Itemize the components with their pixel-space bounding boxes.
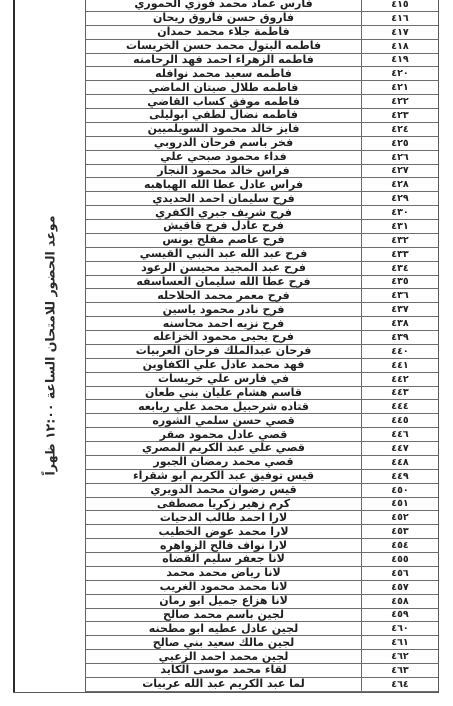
table-row: ٤٦٤ لما عبد الكريم عبد الله عربيات (86, 678, 438, 692)
candidate-name-cell: فرح شريف جبري الكفري (86, 206, 361, 219)
table-row: ٤١٦ فاروق حسن فاروق ريحان (86, 12, 438, 26)
serial-number-cell: ٤٤٢ (361, 373, 438, 386)
candidate-name-cell: فاطمة جلاء محمد حمدان (86, 26, 361, 39)
candidate-name-cell: كرم زهير زكريا مصطفى (86, 498, 361, 511)
serial-number-cell: ٤٤٦ (361, 428, 438, 441)
candidate-name-cell: فرح عطا الله سليمان العساسفه (86, 276, 361, 289)
table-row: ٤٥٠ قيس رضوان محمد الدويري (86, 484, 438, 498)
serial-number-cell: ٤٥٩ (361, 609, 438, 622)
candidate-name-cell: فرح سليمان احمد الحديدي (86, 192, 361, 205)
table-row: ٤٣٢ فرح عاصم مفلح يونس (86, 234, 438, 248)
candidate-name-cell: قصي عادل محمود صقر (86, 428, 361, 441)
table-row: ٤٦٠ لجين عادل عطيه ابو مطحنه (86, 622, 438, 636)
table-row: ٤١٨ فاطمه البتول محمد حسن الخريسات (86, 40, 438, 54)
candidate-name-cell: فراس عادل عطا الله الهباهبه (86, 178, 361, 191)
roster-rows: ٤١٥ فارس عماد محمد فوزي الحموري ٤١٦ فارو… (86, 0, 438, 692)
serial-number-cell: ٤٥١ (361, 498, 438, 511)
candidate-name-cell: فرح عبد الله عبد النبي القيسي (86, 248, 361, 261)
serial-number-cell: ٤٤٧ (361, 442, 438, 455)
candidate-name-cell: فاطمه الزهراء احمد فهد الرحامنه (86, 54, 361, 67)
table-row: ٤٣٠ فرح شريف جبري الكفري (86, 206, 438, 220)
candidate-name-cell: لقاء محمد موسى الكايد (86, 664, 361, 677)
candidate-name-cell: لارا محمد عوض الخطيب (86, 525, 361, 538)
table-row: ٤٢٠ فاطمه سعيد محمد نوافله (86, 67, 438, 81)
table-row: ٤٣٨ فرح نزيه احمد محاسنه (86, 317, 438, 331)
candidate-name-cell: فايز خالد محمود السويلميين (86, 123, 361, 136)
table-row: ٤٣٧ فرح نادر محمود ياسين (86, 303, 438, 317)
serial-number-cell: ٤٢٦ (361, 151, 438, 164)
serial-number-cell: ٤٦٤ (361, 678, 438, 691)
candidate-name-cell: لجين محمد احمد الزعبي (86, 650, 361, 663)
table-row: ٤٢٨ فراس عادل عطا الله الهباهبه (86, 178, 438, 192)
candidate-name-cell: فاطمه طلال صيتان الماضي (86, 81, 361, 94)
serial-number-cell: ٤٦١ (361, 636, 438, 649)
candidate-name-cell: لما عبد الكريم عبد الله عربيات (86, 678, 361, 691)
table-row: ٤٦٢ لجين محمد احمد الزعبي (86, 650, 438, 664)
serial-number-cell: ٤٣٧ (361, 303, 438, 316)
serial-number-cell: ٤٥٤ (361, 539, 438, 552)
roster-table: موعد الحضور للامتحان الساعة ١٢:٠٠ ظهراً … (13, 0, 439, 693)
serial-number-cell: ٤٤١ (361, 359, 438, 372)
table-row: ٤٣٦ فرح معمر محمد الحلاحله (86, 289, 438, 303)
candidate-name-cell: لانا محمد محمود الغريب (86, 581, 361, 594)
table-row: ٤٤٧ قصي علي عبد الكريم المصري (86, 442, 438, 456)
serial-number-cell: ٤١٨ (361, 40, 438, 53)
candidate-name-cell: لجين باسم محمد صالح (86, 609, 361, 622)
serial-number-cell: ٤٣١ (361, 220, 438, 233)
candidate-name-cell: فاطمه البتول محمد حسن الخريسات (86, 40, 361, 53)
candidate-name-cell: فرح نزيه احمد محاسنه (86, 317, 361, 330)
exam-time-note: موعد الحضور للامتحان الساعة ١٢:٠٠ ظهراً (42, 215, 57, 475)
candidate-name-cell: فاطمه موفق كساب القاضي (86, 95, 361, 108)
serial-number-cell: ٤٥٧ (361, 581, 438, 594)
table-row: ٤٤٨ قصي محمد رمضان الجبور (86, 456, 438, 470)
candidate-name-cell: لانا جعفر سليم القضاه (86, 553, 361, 566)
table-row: ٤٣٩ فرح يحيى محمود الخزاعله (86, 331, 438, 345)
serial-number-cell: ٤٤٨ (361, 456, 438, 469)
table-row: ٤٤٣ قاسم هشام عليان بني طعان (86, 387, 438, 401)
serial-number-cell: ٤٦٠ (361, 622, 438, 635)
table-row: ٤٥٩ لجين باسم محمد صالح (86, 609, 438, 623)
candidate-name-cell: فرح معمر محمد الحلاحله (86, 289, 361, 302)
serial-number-cell: ٤٤٥ (361, 414, 438, 427)
table-row: ٤٢٢ فاطمه موفق كساب القاضي (86, 95, 438, 109)
table-row: ٤١٩ فاطمه الزهراء احمد فهد الرحامنه (86, 54, 438, 68)
candidate-name-cell: لارا نواف فالح الزواهره (86, 539, 361, 552)
serial-number-cell: ٤٥٠ (361, 484, 438, 497)
table-row: ٤٣٣ فرح عبد الله عبد النبي القيسي (86, 248, 438, 262)
table-row: ٤٥٣ لارا محمد عوض الخطيب (86, 525, 438, 539)
serial-number-cell: ٤١٦ (361, 12, 438, 25)
serial-number-cell: ٤٦٢ (361, 650, 438, 663)
serial-number-cell: ٤١٩ (361, 54, 438, 67)
table-row: ٤٤٩ قيس توفيق عبد الكريم ابو شقراء (86, 470, 438, 484)
candidate-name-cell: قصي محمد رمضان الجبور (86, 456, 361, 469)
table-row: ٤٢٣ فاطمه نضال لطفي ابوليلى (86, 109, 438, 123)
candidate-name-cell: فداء محمود صبحي علي (86, 151, 361, 164)
candidate-name-cell: فرح نادر محمود ياسين (86, 303, 361, 316)
serial-number-cell: ٤٤٩ (361, 470, 438, 483)
table-row: ٤٢٦ فداء محمود صبحي علي (86, 151, 438, 165)
serial-number-cell: ٤٢٠ (361, 67, 438, 80)
table-row: ٤٣٥ فرح عطا الله سليمان العساسفه (86, 276, 438, 290)
candidate-name-cell: فرح عادل فرح قاقيش (86, 220, 361, 233)
table-row: ٤٥١ كرم زهير زكريا مصطفى (86, 498, 438, 512)
serial-number-cell: ٤٥٨ (361, 595, 438, 608)
candidate-name-cell: لانا رياض محمد محمد (86, 567, 361, 580)
table-row: ٤٤٢ في فارس علي خريسات (86, 373, 438, 387)
candidate-name-cell: فهد محمد عادل علي الكفاوين (86, 359, 361, 372)
table-row: ٤٢٧ فراس خالد محمود النجار (86, 165, 438, 179)
serial-number-cell: ٤٣٨ (361, 317, 438, 330)
serial-number-cell: ٤٥٥ (361, 553, 438, 566)
serial-number-cell: ٤٦٣ (361, 664, 438, 677)
table-row: ٤٢٤ فايز خالد محمود السويلميين (86, 123, 438, 137)
serial-number-cell: ٤٢٧ (361, 165, 438, 178)
candidate-name-cell: فرح عبد المجيد محيسن الرعود (86, 262, 361, 275)
serial-number-cell: ٤٥٦ (361, 567, 438, 580)
candidate-name-cell: فارس عماد محمد فوزي الحموري (86, 0, 361, 11)
candidate-name-cell: فاروق حسن فاروق ريحان (86, 12, 361, 25)
candidate-name-cell: لانا هزاع جميل ابو رمان (86, 595, 361, 608)
candidate-name-cell: فرح عاصم مفلح يونس (86, 234, 361, 247)
candidate-name-cell: لجين مالك سعيد بني صالح (86, 636, 361, 649)
serial-number-cell: ٤٢٤ (361, 123, 438, 136)
candidate-name-cell: فرحان عبدالملك فرحان العربيات (86, 345, 361, 358)
candidate-name-cell: في فارس علي خريسات (86, 373, 361, 386)
table-row: ٤١٥ فارس عماد محمد فوزي الحموري (86, 0, 438, 12)
serial-number-cell: ٤٢٢ (361, 95, 438, 108)
serial-number-cell: ٤٤٠ (361, 345, 438, 358)
candidate-name-cell: لارا احمد طالب الدحيات (86, 511, 361, 524)
candidate-name-cell: قصي حسن سلمي الشوره (86, 414, 361, 427)
exam-time-note-cell: موعد الحضور للامتحان الساعة ١٢:٠٠ ظهراً (13, 0, 86, 692)
serial-number-cell: ٤٢١ (361, 81, 438, 94)
table-row: ٤٢١ فاطمه طلال صيتان الماضي (86, 81, 438, 95)
candidate-name-cell: لجين عادل عطيه ابو مطحنه (86, 622, 361, 635)
serial-number-cell: ٤٢٩ (361, 192, 438, 205)
serial-number-cell: ٤٢٥ (361, 137, 438, 150)
candidate-name-cell: قيس توفيق عبد الكريم ابو شقراء (86, 470, 361, 483)
serial-number-cell: ٤٣٣ (361, 248, 438, 261)
table-row: ٤٢٥ فخر باسم فرحان الدروبي (86, 137, 438, 151)
table-row: ٤٤٤ قتاده شرحبيل محمد علي ربابعه (86, 400, 438, 414)
table-row: ٤٤٥ قصي حسن سلمي الشوره (86, 414, 438, 428)
serial-number-cell: ٤٤٤ (361, 400, 438, 413)
serial-number-cell: ٤٣٢ (361, 234, 438, 247)
candidate-name-cell: قتاده شرحبيل محمد علي ربابعه (86, 400, 361, 413)
serial-number-cell: ٤٥٣ (361, 525, 438, 538)
candidate-name-cell: فرح يحيى محمود الخزاعله (86, 331, 361, 344)
serial-number-cell: ٤٤٣ (361, 387, 438, 400)
table-row: ٤٦٣ لقاء محمد موسى الكايد (86, 664, 438, 678)
table-row: ٤٥٥ لانا جعفر سليم القضاه (86, 553, 438, 567)
candidate-name-cell: قيس رضوان محمد الدويري (86, 484, 361, 497)
table-row: ٤٣١ فرح عادل فرح قاقيش (86, 220, 438, 234)
table-row: ٤٤٦ قصي عادل محمود صقر (86, 428, 438, 442)
serial-number-cell: ٤٣٩ (361, 331, 438, 344)
serial-number-cell: ٤١٥ (361, 0, 438, 11)
table-row: ٤٤٠ فرحان عبدالملك فرحان العربيات (86, 345, 438, 359)
serial-number-cell: ٤٥٢ (361, 511, 438, 524)
candidate-name-cell: قصي علي عبد الكريم المصري (86, 442, 361, 455)
table-row: ٤١٧ فاطمة جلاء محمد حمدان (86, 26, 438, 40)
table-row: ٤٤١ فهد محمد عادل علي الكفاوين (86, 359, 438, 373)
scanned-exam-roster-page: موعد الحضور للامتحان الساعة ١٢:٠٠ ظهراً … (0, 0, 453, 706)
serial-number-cell: ٤٣٦ (361, 289, 438, 302)
serial-number-cell: ٤٣٥ (361, 276, 438, 289)
serial-number-cell: ٤٣٠ (361, 206, 438, 219)
candidate-name-cell: فاطمه نضال لطفي ابوليلى (86, 109, 361, 122)
serial-number-cell: ٤٢٨ (361, 178, 438, 191)
serial-number-cell: ٤٣٤ (361, 262, 438, 275)
candidate-name-cell: فخر باسم فرحان الدروبي (86, 137, 361, 150)
table-row: ٤٥٤ لارا نواف فالح الزواهره (86, 539, 438, 553)
table-row: ٤٥٢ لارا احمد طالب الدحيات (86, 511, 438, 525)
table-row: ٤٥٨ لانا هزاع جميل ابو رمان (86, 595, 438, 609)
table-row: ٤٥٧ لانا محمد محمود الغريب (86, 581, 438, 595)
table-row: ٤٢٩ فرح سليمان احمد الحديدي (86, 192, 438, 206)
serial-number-cell: ٤١٧ (361, 26, 438, 39)
candidate-name-cell: قاسم هشام عليان بني طعان (86, 387, 361, 400)
table-row: ٤٣٤ فرح عبد المجيد محيسن الرعود (86, 262, 438, 276)
serial-number-cell: ٤٢٣ (361, 109, 438, 122)
candidate-name-cell: فاطمه سعيد محمد نوافله (86, 67, 361, 80)
table-row: ٤٦١ لجين مالك سعيد بني صالح (86, 636, 438, 650)
candidate-name-cell: فراس خالد محمود النجار (86, 165, 361, 178)
table-row: ٤٥٦ لانا رياض محمد محمد (86, 567, 438, 581)
